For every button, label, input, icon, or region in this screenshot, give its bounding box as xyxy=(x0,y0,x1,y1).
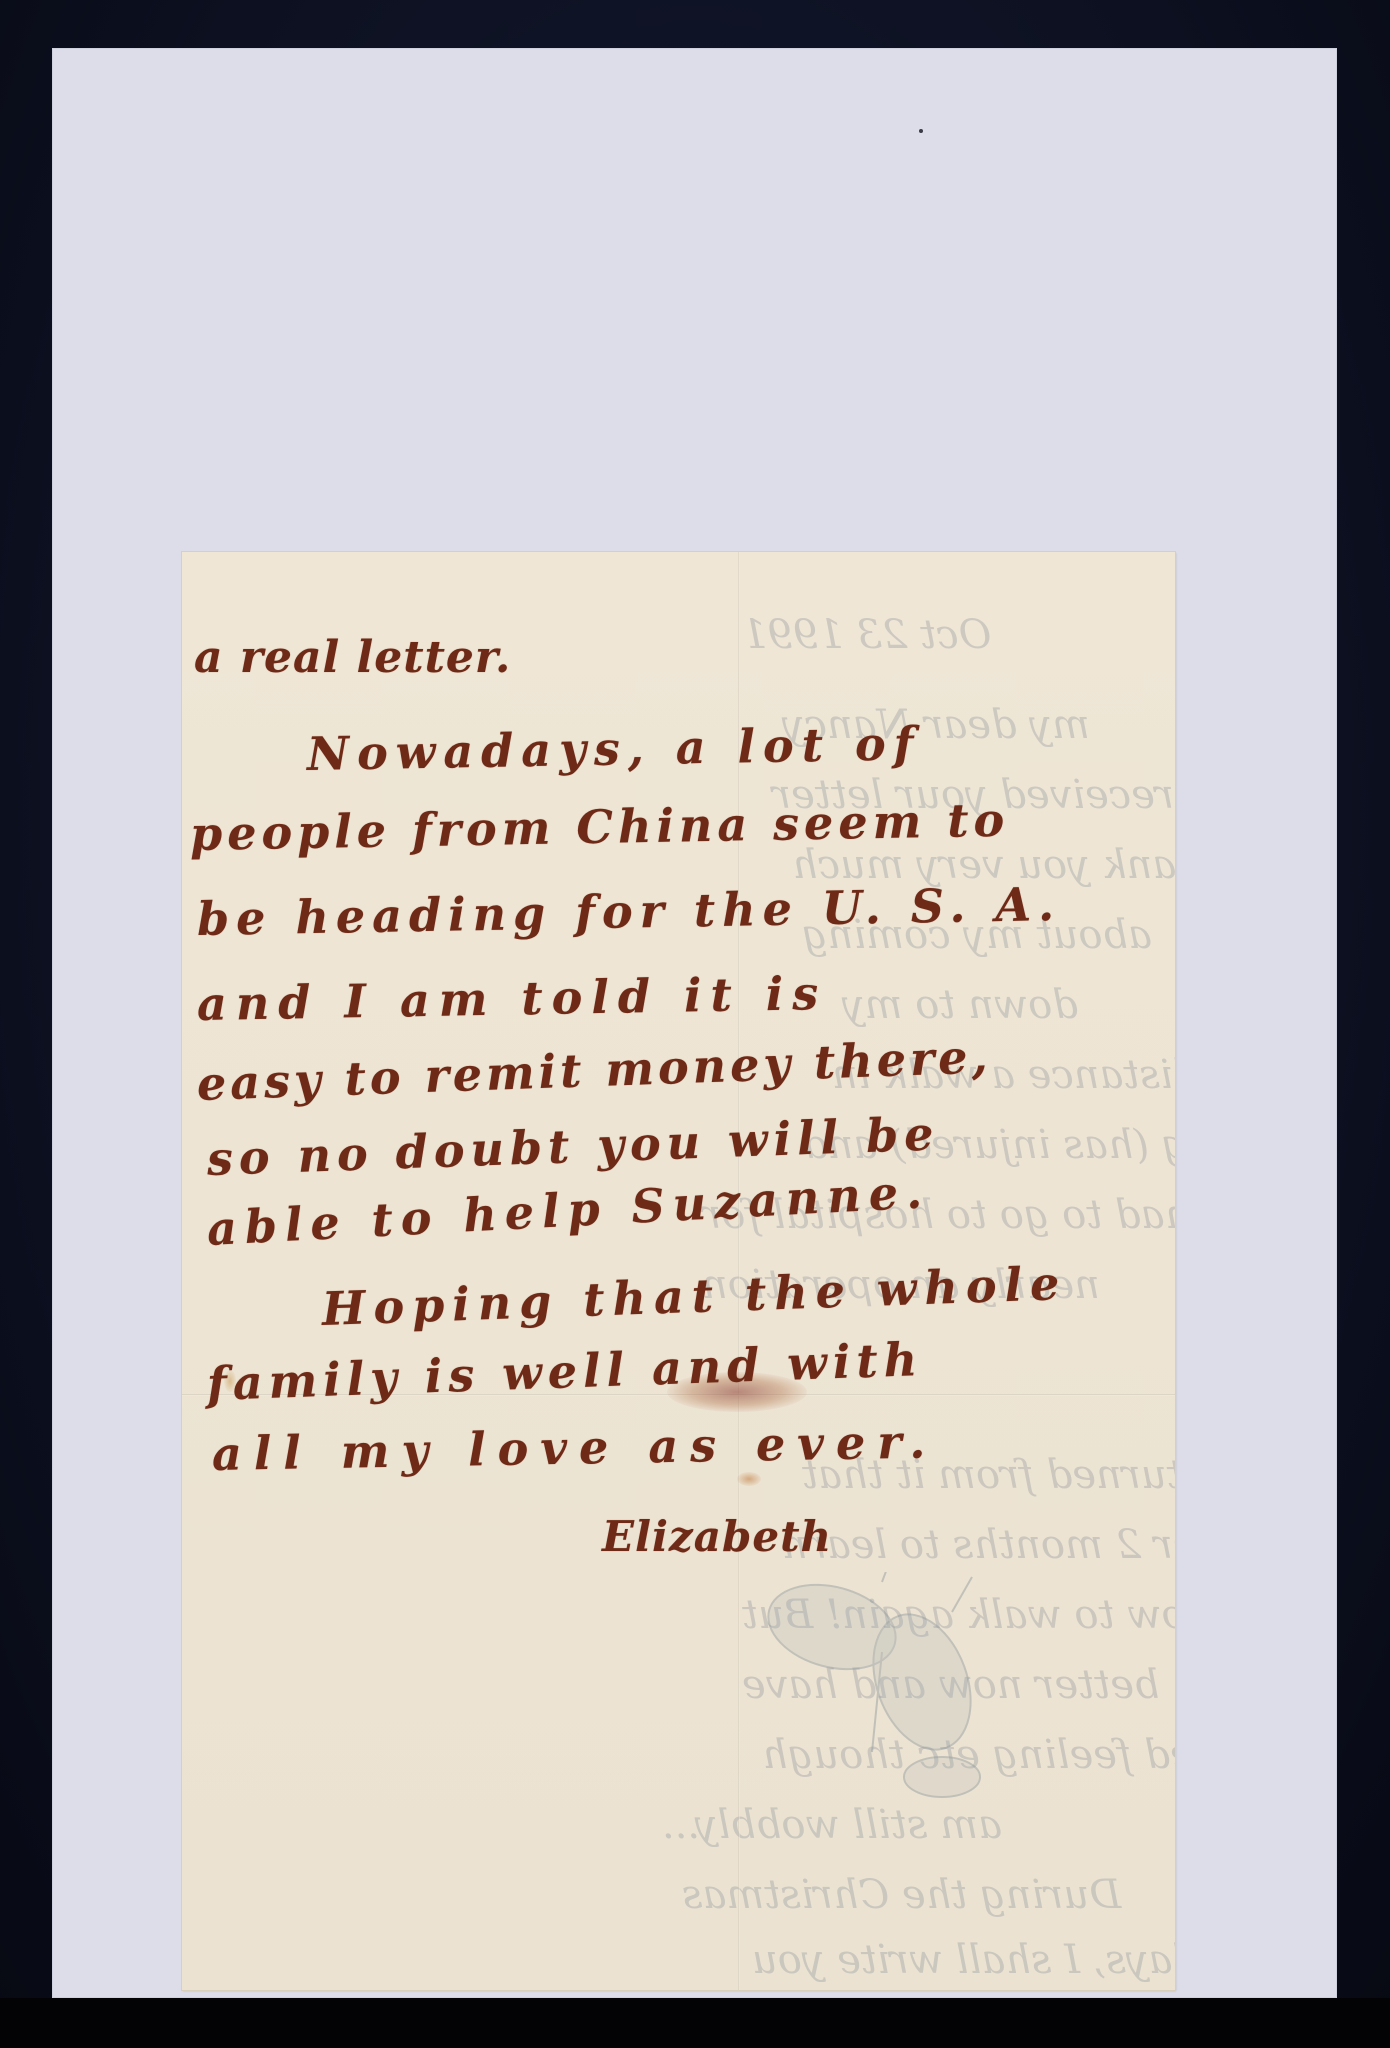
letter-line: Nowadays, a lot of xyxy=(307,716,922,781)
bleed-through-line: am still wobbly... xyxy=(662,1802,1002,1848)
scan-bottom-edge xyxy=(0,1998,1390,2048)
letter-line: a real letter. xyxy=(194,632,511,683)
bleed-through-line: down to my xyxy=(842,982,1078,1028)
signature: Elizabeth xyxy=(602,1512,832,1561)
letter-page: Oct 23 1991 my dear Nancy received your … xyxy=(182,552,1175,1990)
letter-line: easy to remit money there, xyxy=(196,1029,992,1111)
letter-line: Hoping that the whole xyxy=(321,1256,1068,1336)
dust-speck xyxy=(919,129,923,133)
bleed-through-line: Oct 23 1991 xyxy=(742,612,991,658)
bleed-through-line: holidays, I shall write you xyxy=(752,1937,1175,1983)
bleed-through-line: another 2 months to learn xyxy=(782,1522,1175,1568)
ink-stain-small xyxy=(737,1472,761,1486)
bleed-through-line: During the Christmas xyxy=(682,1872,1121,1918)
letter-line: and I am told it is xyxy=(197,966,828,1031)
butterfly-illustration-icon xyxy=(762,1572,982,1802)
letter-line: family is well and with xyxy=(206,1332,924,1411)
